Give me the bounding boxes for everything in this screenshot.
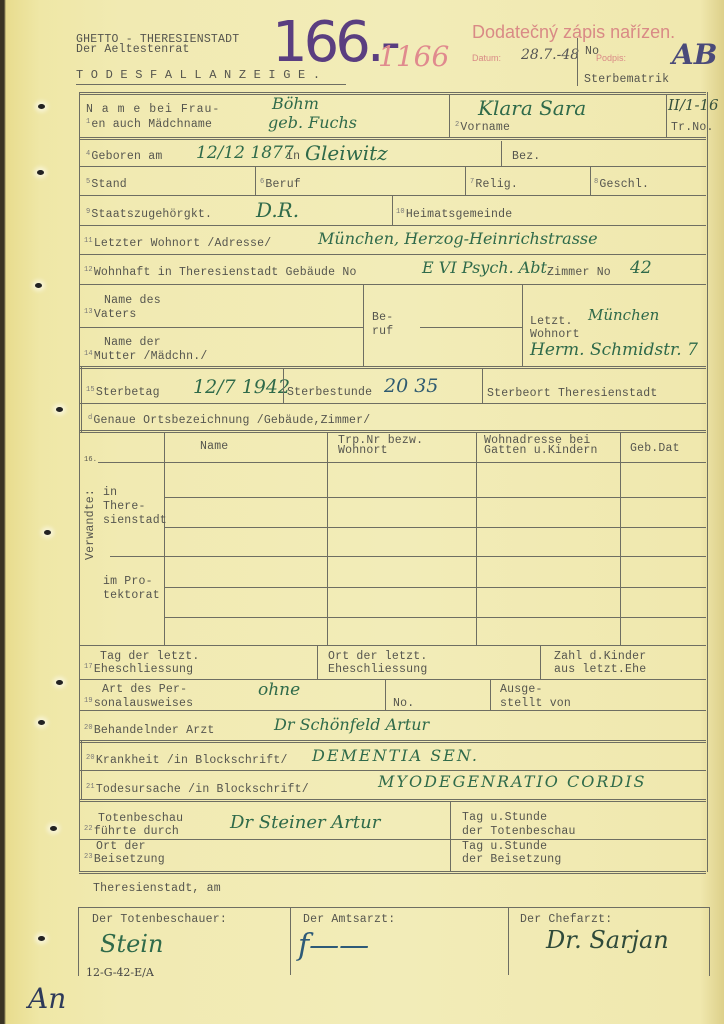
divider	[317, 645, 318, 679]
relatives-col-transport: Trp.Nr bezw. Wohnort	[338, 436, 478, 456]
field-1-label-line1: N a m e bei Frau-	[86, 103, 220, 116]
marriage-place-label-line2: Eheschliessung	[328, 663, 427, 676]
divider	[540, 645, 541, 679]
occupation-label: 6Beruf	[260, 178, 301, 191]
parent-residence-label-line1: Letzt.	[530, 315, 573, 328]
id-type-label-line2: 19sonalausweises	[84, 697, 193, 710]
divider	[465, 166, 466, 195]
examiner-label-line2: 22führte durch	[84, 825, 179, 838]
table-row	[164, 617, 706, 618]
official-doctor-signature-label: Der Amtsarzt:	[303, 913, 395, 926]
examiner-value: Dr Steiner Artur	[230, 812, 380, 833]
divider	[450, 802, 451, 872]
examiner-signature-label: Der Totenbeschauer:	[92, 913, 227, 926]
stamp-podpis-label: Podpis:	[596, 53, 626, 63]
divider	[79, 740, 706, 743]
chief-doctor-signature-label: Der Chefarzt:	[520, 913, 612, 926]
divider	[482, 369, 483, 403]
parent-residence-city: München	[588, 306, 659, 324]
birth-date-value: 12/12 1877	[196, 143, 294, 163]
divider	[79, 254, 706, 255]
binder-hole	[38, 104, 45, 109]
parent-occupation-label-line2: ruf	[372, 325, 393, 338]
examination-time-label-line2: der Totenbeschau	[462, 825, 576, 838]
citizenship-label: 9Staatszugehörgkt.	[86, 208, 212, 221]
divider	[79, 366, 86, 432]
stamp-title: Dodatečný zápis nařízen.	[472, 22, 675, 43]
divider	[79, 430, 706, 433]
birth-place-value: Gleiwitz	[305, 141, 388, 165]
divider	[79, 225, 706, 226]
room-value: 42	[630, 258, 652, 278]
binder-hole	[44, 530, 51, 535]
first-name-label: 2Vorname	[455, 121, 510, 134]
id-number-label: No.	[393, 697, 414, 710]
burial-time-label-line1: Tag u.Stunde	[462, 840, 547, 853]
divider	[79, 710, 706, 711]
marital-status-label: 5Stand	[86, 178, 127, 191]
divider	[522, 284, 523, 366]
death-hour-value: 20 35	[384, 375, 438, 397]
divider	[79, 871, 706, 874]
divider	[79, 137, 706, 140]
last-residence-label: 11Letzter Wohnort /Adresse/	[84, 237, 271, 250]
burial-place-label-line2: 23Beisetzung	[84, 853, 165, 866]
children-count-label-line2: aus letzt.Ehe	[554, 663, 646, 676]
divider	[327, 433, 328, 645]
divider	[290, 907, 291, 975]
stamp-datum-label: Datum:	[472, 53, 501, 63]
chief-doctor-signature: Dr. Sarjan	[546, 926, 669, 954]
binder-hole	[50, 826, 57, 831]
initials-signature: AB	[672, 38, 717, 71]
divider	[79, 366, 706, 369]
birth-place-label: in	[286, 150, 300, 163]
divider	[420, 327, 522, 328]
disease-label: 20Krankheit /in Blockschrift/	[86, 754, 288, 767]
divider	[79, 679, 706, 680]
id-type-label-line1: Art des Per-	[102, 683, 187, 696]
relatives-col-name: Name	[200, 440, 228, 453]
mother-name-label-line1: Name der	[104, 336, 161, 349]
divider	[508, 907, 509, 975]
birth-date-label: 4Geboren am	[86, 150, 162, 163]
table-row	[98, 462, 706, 463]
relatives-side-label: Verwandte:	[84, 489, 97, 560]
divider	[449, 95, 450, 137]
relatives-group-theresienstadt: in There-sienstadt	[103, 486, 163, 528]
field-16-number: 16.	[84, 456, 97, 464]
transport-number-value: II/1-16	[668, 96, 719, 114]
divider	[79, 166, 706, 167]
divider	[79, 327, 363, 328]
divider	[363, 284, 364, 366]
divider	[490, 679, 491, 710]
relatives-group-protektorat: im Pro-tektorat	[103, 575, 163, 603]
divider	[79, 284, 706, 285]
divider	[392, 195, 393, 225]
divider	[666, 95, 667, 137]
binder-hole	[35, 283, 42, 288]
examination-time-label-line1: Tag u.Stunde	[462, 811, 547, 824]
divider	[620, 433, 621, 645]
binder-hole	[38, 936, 45, 941]
maiden-name-value: geb. Fuchs	[268, 113, 357, 132]
death-place-label: Sterbeort Theresienstadt	[487, 387, 657, 400]
room-label: Zimmer No	[547, 266, 611, 279]
id-type-value: ohne	[258, 680, 300, 700]
no-label: No	[585, 45, 599, 58]
divider	[476, 433, 477, 645]
sex-label: 8Geschl.	[594, 178, 649, 191]
death-date-value: 12/7 1942	[193, 376, 290, 398]
binder-hole	[37, 170, 44, 175]
sterbematrik-label: Sterbematrik	[584, 73, 669, 86]
sterbematrik-divider	[577, 38, 578, 86]
bezirk-label: Bez.	[512, 150, 540, 163]
divider	[255, 166, 256, 195]
divider	[79, 770, 706, 771]
binder-hole	[56, 680, 63, 685]
table-row	[164, 497, 706, 498]
relatives-col-address: Wohnadresse bei Gatten u.Kindern	[484, 436, 624, 456]
examiner-label-line1: Totenbeschau	[98, 812, 183, 825]
theresienstadt-building-value: E VI Psych. Abt.	[422, 258, 552, 277]
field-1-label-line2: 1en auch Mädchname	[86, 118, 212, 131]
home-municipality-label: 10Heimatsgemeinde	[396, 208, 512, 221]
title-underline	[76, 84, 346, 85]
divider	[283, 369, 284, 403]
religion-label: 7Relig.	[470, 178, 518, 191]
parent-occupation-label-line1: Be-	[372, 311, 393, 324]
place-date-line: Theresienstadt, am	[93, 882, 221, 895]
death-date-label: 15Sterbetag	[86, 386, 160, 399]
divider	[590, 166, 591, 195]
death-hour-label: Sterbestunde	[287, 386, 372, 399]
binder-hole	[56, 407, 63, 412]
divider	[385, 679, 386, 710]
treating-doctor-value: Dr Schönfeld Artur	[274, 715, 429, 734]
table-row	[164, 587, 706, 588]
surname-value: Böhm	[272, 94, 319, 113]
divider	[164, 433, 165, 645]
transport-number-label: Tr.No.	[671, 121, 714, 134]
marriage-date-label-line1: Tag der letzt.	[100, 650, 199, 663]
exact-location-label: dGenaue Ortsbezeichnung /Gebäude,Zimmer/	[88, 414, 370, 427]
burial-place-label-line1: Ort der	[96, 840, 146, 853]
divider	[79, 92, 706, 95]
marriage-place-label-line1: Ort der letzt.	[328, 650, 427, 663]
divider	[79, 799, 706, 802]
last-residence-value: München, Herzog-Heinrichstrasse	[318, 229, 598, 248]
red-file-number: 1166	[378, 40, 449, 73]
examiner-signature: Stein	[100, 930, 163, 958]
children-count-label-line1: Zahl d.Kinder	[554, 650, 646, 663]
first-name-value: Klara Sara	[478, 96, 586, 120]
burial-time-label-line2: der Beisetzung	[462, 853, 561, 866]
stamp-datum-value: 28.7.-48	[521, 47, 579, 63]
marriage-date-label-line2: 17Eheschliessung	[84, 663, 193, 676]
citizenship-value: D.R.	[256, 198, 299, 222]
org-line-2: Der Aeltestenrat	[76, 43, 190, 56]
father-name-label-line2: 13Vaters	[84, 308, 136, 321]
mother-name-label-line2: 14Mutter /Mädchn./	[84, 350, 207, 363]
table-row	[164, 527, 706, 528]
official-doctor-signature: f——	[298, 928, 369, 963]
form-code: 12-G-42-E/A	[86, 966, 154, 979]
disease-value: DEMENTIA SEN.	[312, 746, 479, 765]
parent-residence-street: Herm. Schmidstr. 7	[530, 340, 698, 360]
father-name-label-line1: Name des	[104, 294, 161, 307]
divider	[79, 839, 706, 840]
treating-doctor-label: 20Behandelnder Arzt	[84, 724, 215, 737]
table-row	[110, 556, 706, 557]
binder-hole	[38, 720, 45, 725]
cause-of-death-label: 21Todesursache /in Blockschrift/	[86, 783, 309, 796]
relatives-col-birthdate: Geb.Dat	[630, 442, 680, 455]
cause-of-death-value: MYODEGENRATIO CORDIS	[378, 772, 646, 791]
bottom-initials: An	[28, 982, 66, 1015]
divider	[79, 645, 706, 646]
id-issuer-label-line2: stellt von	[500, 697, 571, 710]
divider	[501, 141, 502, 166]
divider	[79, 403, 706, 404]
id-issuer-label-line1: Ausge-	[500, 683, 543, 696]
theresienstadt-building-label: 12Wohnhaft in Theresienstadt Gebäude No	[84, 266, 357, 279]
